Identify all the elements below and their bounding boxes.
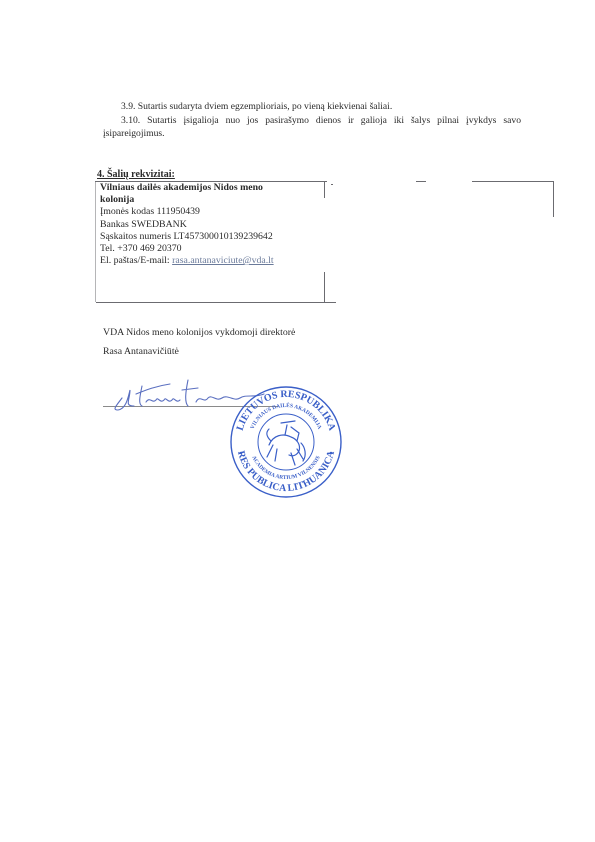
party-email-row: El. paštas/E-mail: rasa.antanaviciute@vd… <box>100 255 274 267</box>
table-col-divider-top <box>324 182 325 198</box>
party-bank: Bankas SWEDBANK <box>100 219 274 231</box>
signatory-name: Rasa Antanavičiūtė <box>103 345 179 358</box>
party-email-label: El. paštas/E-mail: <box>100 255 172 266</box>
party-name-line1: Vilniaus dailės akademijos Nidos meno <box>100 182 274 194</box>
table-bottom-border <box>96 302 336 303</box>
clause-3-10-line1: 3.10. Sutartis įsigalioja nuo jos pasira… <box>121 114 521 127</box>
table-mark <box>331 184 333 185</box>
party-phone: Tel. +370 469 20370 <box>100 243 274 255</box>
table-right-border <box>553 181 554 217</box>
table-left-border <box>95 182 96 302</box>
stamp-outer-top-text: LIETUVOS RESPUBLIKA <box>235 389 338 433</box>
table-top-border-right <box>472 181 553 182</box>
svg-text:RES PUBLICA LITHUANICA: RES PUBLICA LITHUANICA <box>235 449 337 494</box>
vytis-emblem-icon <box>267 421 305 465</box>
party-company-code: Įmonės kodas 111950439 <box>100 206 274 218</box>
clause-3-10-line2: įsipareigojimus. <box>103 127 165 140</box>
table-top-border-mid <box>416 181 426 182</box>
official-stamp: LIETUVOS RESPUBLIKA RES PUBLICA LITHUANI… <box>229 385 343 499</box>
signatory-position: VDA Nidos meno kolonijos vykdomoji direk… <box>103 326 295 339</box>
clause-3-9: 3.9. Sutartis sudaryta dviem egzempliori… <box>121 100 392 113</box>
party-account: Sąskaitos numeris LT457300010139239642 <box>100 231 274 243</box>
party-name-line2: kolonija <box>100 194 274 206</box>
section-title-requisites: 4. Šalių rekvizitai: <box>97 169 175 180</box>
table-col-divider-bottom <box>324 272 325 302</box>
party-email-link[interactable]: rasa.antanaviciute@vda.lt <box>172 255 274 266</box>
